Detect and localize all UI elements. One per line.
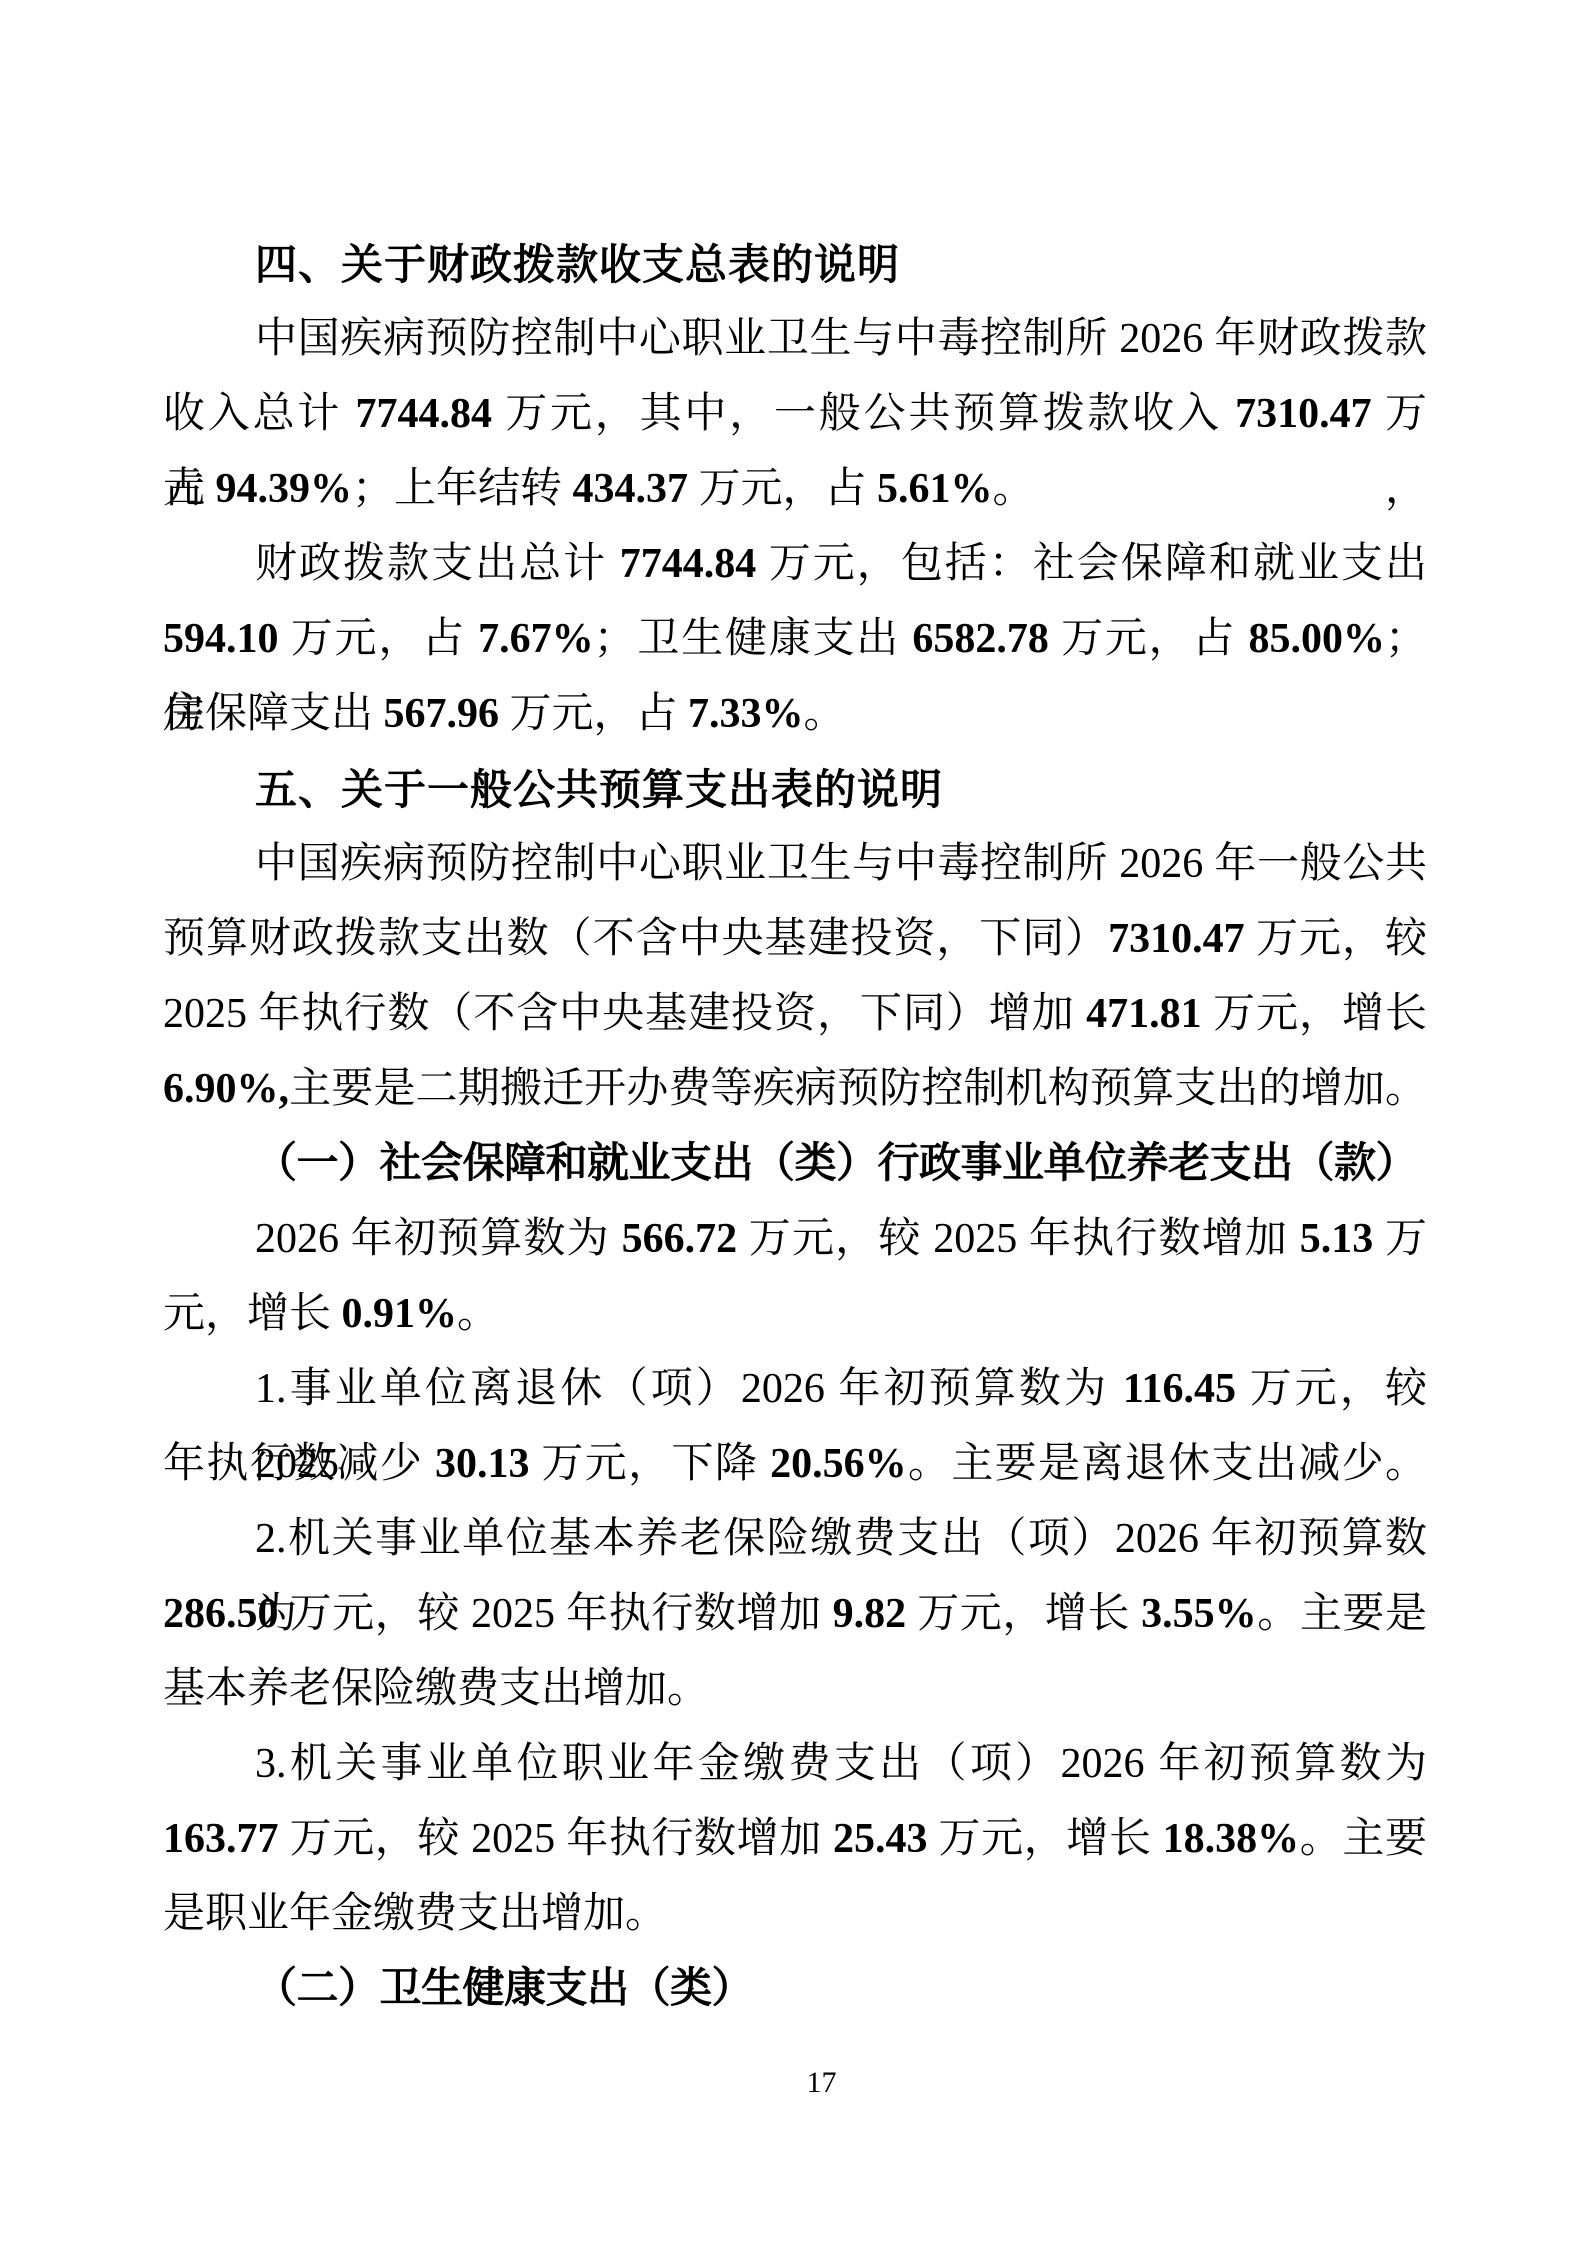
text-run: 元，增长 (163, 1291, 342, 1337)
text-run: 万元，下降 (530, 1441, 771, 1487)
bold-number: 30.13 (435, 1441, 530, 1487)
para-pension-overview-line-1: 2026 年初预算数为 566.72 万元，较 2025 年执行数增加 5.13… (163, 1202, 1427, 1277)
heading-subsection-two: （二）卫生健康支出（类） (163, 1952, 1427, 2027)
text-run: 五、关于一般公共预算支出表的说明 (255, 766, 943, 813)
para-item-2-basic-pension-line-2: 286.50 万元，较 2025 年执行数增加 9.82 万元，增长 3.55%… (163, 1577, 1427, 1652)
text-run: ；上年结转 (352, 466, 573, 512)
para-item-3-annuity-line-2: 163.77 万元，较 2025 年执行数增加 25.43 万元，增长 18.3… (163, 1802, 1427, 1877)
text-run: 收入总计 (163, 391, 355, 437)
text-run: （二）卫生健康支出（类） (255, 1966, 753, 2012)
bold-number: 7310.47 (1235, 391, 1372, 437)
text-run: 万元，包括：社会保障和就业支出 (756, 541, 1427, 587)
bold-number: 471.81 (1086, 991, 1202, 1037)
para-item-1-retirement-line-1: 1.事业单位离退休（项）2026 年初预算数为 116.45 万元，较 2025 (163, 1352, 1427, 1427)
para-fiscal-expenditure-line-3: 房保障支出 567.96 万元，占 7.33%。 (163, 677, 1427, 752)
bold-number: 18.38% (1163, 1816, 1300, 1862)
bold-number: 85.00% (1248, 616, 1385, 662)
bold-number: 163.77 (163, 1816, 279, 1862)
text-run: 财政拨款支出总计 (255, 541, 620, 587)
text-run: 占 (163, 466, 216, 512)
text-run: 万元，占 (1049, 616, 1249, 662)
document-page: 四、关于财政拨款收支总表的说明中国疾病预防控制中心职业卫生与中毒控制所 2026… (0, 0, 1587, 2245)
text-run: 年执行数减少 (163, 1441, 435, 1487)
bold-number: 7310.47 (1108, 916, 1245, 962)
para-item-2-basic-pension-line-3: 基本养老保险缴费支出增加。 (163, 1652, 1427, 1727)
bold-number: 3.55% (1141, 1591, 1257, 1637)
text-run: 万元，占 (688, 466, 877, 512)
bold-number: 566.72 (622, 1216, 738, 1262)
text-run: 主要是二期搬迁开办费等疾病预防控制机构预算支出的增加。 (289, 1066, 1427, 1112)
heading-section-five: 五、关于一般公共预算支出表的说明 (163, 752, 1427, 827)
bold-number: 0.91% (342, 1291, 458, 1337)
text-run: 万元，增长 (927, 1816, 1162, 1862)
bold-number: 567.96 (384, 691, 500, 737)
para-general-budget-line-4: 6.90%,主要是二期搬迁开办费等疾病预防控制机构预算支出的增加。 (163, 1052, 1427, 1127)
page-number: 17 (28, 2060, 1587, 2106)
para-fiscal-expenditure-line-1: 财政拨款支出总计 7744.84 万元，包括：社会保障和就业支出 (163, 527, 1427, 602)
text-run: 万元，增长 (1202, 991, 1427, 1037)
text-run: 。 (804, 691, 846, 737)
text-run: 万元，占 (279, 616, 479, 662)
bold-number: 7744.84 (355, 391, 492, 437)
bold-number: 286.50 (163, 1591, 279, 1637)
bold-number: 434.37 (573, 466, 689, 512)
bold-number: 594.10 (163, 616, 279, 662)
text-run: （一）社会保障和就业支出（类）行政事业单位养老支出（款） (255, 1141, 1417, 1187)
bold-number: 94.39% (216, 466, 353, 512)
text-run: 。主要是 (1257, 1591, 1427, 1637)
text-run: 预算财政拨款支出数（不含中央基建投资，下同） (163, 916, 1108, 962)
text-run: 万元，占 (499, 691, 688, 737)
document-content: 四、关于财政拨款收支总表的说明中国疾病预防控制中心职业卫生与中毒控制所 2026… (163, 227, 1427, 2027)
para-general-budget-line-1: 中国疾病预防控制中心职业卫生与中毒控制所 2026 年一般公共 (163, 827, 1427, 902)
text-run: ；卫生健康支出 (594, 616, 913, 662)
text-run: 万元，增长 (906, 1591, 1141, 1637)
text-run: 2025 年执行数（不含中央基建投资，下同）增加 (163, 991, 1086, 1037)
text-run: 万元，其中，一般公共预算拨款收入 (492, 391, 1235, 437)
bold-number: 7.33% (688, 691, 804, 737)
bold-number: 20.56% (770, 1441, 907, 1487)
para-fiscal-expenditure-line-2: 594.10 万元，占 7.67%；卫生健康支出 6582.78 万元，占 85… (163, 602, 1427, 677)
text-run: 万 (1373, 1216, 1427, 1262)
heading-subsection-one: （一）社会保障和就业支出（类）行政事业单位养老支出（款） (163, 1127, 1427, 1202)
heading-section-four: 四、关于财政拨款收支总表的说明 (163, 227, 1427, 302)
para-item-3-annuity-line-3: 是职业年金缴费支出增加。 (163, 1877, 1427, 1952)
bold-number: 5.13 (1300, 1216, 1374, 1262)
text-run: 。 (457, 1291, 499, 1337)
text-run: 基本养老保险缴费支出增加。 (163, 1666, 709, 1712)
bold-number: 6.90%, (163, 1066, 289, 1112)
para-item-1-retirement-line-2: 年执行数减少 30.13 万元，下降 20.56%。主要是离退休支出减少。 (163, 1427, 1427, 1502)
text-run: 。 (993, 466, 1035, 512)
bold-number: 9.82 (833, 1591, 907, 1637)
bold-number: 25.43 (833, 1816, 928, 1862)
para-general-budget-line-3: 2025 年执行数（不含中央基建投资，下同）增加 471.81 万元，增长 (163, 977, 1427, 1052)
para-item-2-basic-pension-line-1: 2.机关事业单位基本养老保险缴费支出（项）2026 年初预算数为 (163, 1502, 1427, 1577)
para-item-3-annuity-line-1: 3.机关事业单位职业年金缴费支出（项）2026 年初预算数为 (163, 1727, 1427, 1802)
bold-number: 7.67% (478, 616, 594, 662)
text-run: 四、关于财政拨款收支总表的说明 (255, 241, 900, 288)
para-fiscal-income-line-2: 收入总计 7744.84 万元，其中，一般公共预算拨款收入 7310.47 万元… (163, 377, 1427, 452)
text-run: 3.机关事业单位职业年金缴费支出（项）2026 年初预算数为 (255, 1741, 1427, 1787)
text-run: 万元，较 (1245, 916, 1427, 962)
para-general-budget-line-2: 预算财政拨款支出数（不含中央基建投资，下同）7310.47 万元，较 (163, 902, 1427, 977)
text-run: 中国疾病预防控制中心职业卫生与中毒控制所 2026 年一般公共 (255, 841, 1427, 887)
text-run: 万元，较 2025 年执行数增加 (279, 1591, 833, 1637)
text-run: 1.事业单位离退休（项）2026 年初预算数为 (255, 1366, 1123, 1412)
text-run: 房保障支出 (163, 691, 384, 737)
text-run: 中国疾病预防控制中心职业卫生与中毒控制所 2026 年财政拨款 (255, 316, 1427, 362)
bold-number: 116.45 (1123, 1366, 1236, 1412)
bold-number: 6582.78 (912, 616, 1049, 662)
para-pension-overview-line-2: 元，增长 0.91%。 (163, 1277, 1427, 1352)
text-run: 2026 年初预算数为 (255, 1216, 622, 1262)
text-run: 万元，较 2025 年执行数增加 (737, 1216, 1300, 1262)
text-run: 。主要是离退休支出减少。 (907, 1441, 1427, 1487)
bold-number: 7744.84 (620, 541, 757, 587)
bold-number: 5.61% (877, 466, 993, 512)
text-run: 万元，较 2025 年执行数增加 (279, 1816, 833, 1862)
text-run: 是职业年金缴费支出增加。 (163, 1891, 667, 1937)
text-run: 。主要 (1299, 1816, 1427, 1862)
para-fiscal-income-line-1: 中国疾病预防控制中心职业卫生与中毒控制所 2026 年财政拨款 (163, 302, 1427, 377)
